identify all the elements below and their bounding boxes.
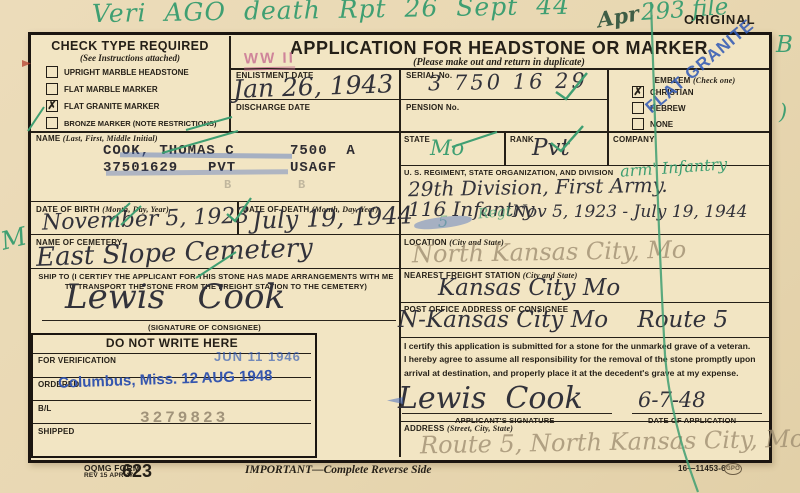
divider	[399, 302, 769, 303]
name-label: NAME (Last, First, Middle Initial)	[36, 134, 158, 143]
applicant-signature: Lewis Cook	[398, 384, 583, 414]
form-number: 623	[122, 461, 152, 482]
consignee-signature-label: (SIGNATURE OF CONSIGNEE)	[148, 323, 261, 332]
discharge-date-label: DISCHARGE DATE	[236, 103, 310, 112]
checkbox	[46, 66, 58, 78]
check-type-title: CHECK TYPE REQUIRED	[31, 39, 229, 53]
label-text: FOR VERIFICATION	[38, 356, 116, 365]
important-note: IMPORTANT—Complete Reverse Side	[245, 464, 432, 476]
date-of-death-value: July 19, 1944	[252, 203, 414, 233]
label-text: 16—11453-6	[678, 464, 726, 473]
margin-note-m: M	[0, 223, 29, 253]
state-label: STATE	[404, 135, 430, 144]
application-date-label: DATE OF APPLICATION	[648, 416, 736, 425]
divider	[399, 69, 401, 132]
branch-typed: USAGF	[290, 160, 337, 176]
rank-value: Pvt	[532, 137, 570, 160]
address-value: Route 5, North Kansas City, Mo	[420, 427, 800, 458]
label-hint: (Last, First, Middle Initial)	[63, 134, 158, 143]
pension-no-label: PENSION No.	[406, 103, 459, 112]
date-line	[632, 413, 762, 414]
handwritten-top-note: Veri AGO death Rpt 26 Sept 44	[92, 0, 570, 26]
signature-line	[42, 320, 396, 321]
checkbox	[632, 118, 644, 130]
label-text: COMPANY	[613, 135, 655, 144]
divider	[399, 337, 769, 338]
checkbox-mark: ✗	[47, 101, 56, 112]
form-title: APPLICATION FOR HEADSTONE OR MARKER	[230, 38, 768, 59]
label-text: DATE OF APPLICATION	[648, 416, 736, 425]
label-text: GPO	[726, 466, 740, 472]
option-label: FLAT MARBLE MARKER	[64, 85, 158, 94]
regiment-dates: Nov 5, 1923 - July 19, 1944	[512, 204, 747, 221]
rank-label: RANK	[510, 135, 534, 144]
do-not-write-title: DO NOT WRITE HERE	[31, 336, 313, 350]
label-text: RANK	[510, 135, 534, 144]
certification-text: I certify this application is submitted …	[404, 340, 766, 380]
company-label: COMPANY	[613, 135, 655, 144]
emblem-none: NONE	[632, 118, 673, 130]
option-label: BRONZE MARKER (NOTE RESTRICTIONS)	[64, 119, 217, 128]
certification-line1: I certify this application is submitted …	[404, 340, 766, 353]
option-label: UPRIGHT MARBLE HEADSTONE	[64, 68, 189, 77]
option-label: NONE	[650, 120, 673, 129]
enlistment-date-value: Jan 26, 1943	[233, 71, 394, 102]
option-flat-marble: FLAT MARBLE MARKER	[46, 83, 158, 95]
divider	[33, 400, 311, 401]
option-flat-granite: ✗ FLAT GRANITE MARKER	[46, 100, 159, 112]
gpo-mark: GPO	[724, 463, 742, 475]
label-text: SHIPPED	[38, 427, 75, 436]
label-text: PENSION No.	[406, 103, 459, 112]
margin-note-paren: )	[779, 102, 787, 123]
unit-number: 7500 A	[290, 143, 356, 159]
serial-no-value: 3 750 16 29	[428, 71, 588, 95]
ghost-letter: B	[298, 178, 306, 192]
state-value: Mo	[430, 138, 464, 159]
label-text: NAME	[36, 134, 60, 143]
check-type-subtitle: (See Instructions attached)	[31, 53, 229, 63]
ghost-letter: B	[224, 178, 232, 192]
handwritten-top-scribble: Apr	[595, 3, 640, 31]
label-text: B/L	[38, 404, 52, 413]
divider	[31, 131, 769, 133]
application-date-value: 6-7-48	[638, 390, 706, 411]
verification-date-stamp: JUN 11 1946	[214, 349, 301, 364]
bill-of-lading-stamp: 3279823	[140, 409, 228, 427]
divider	[504, 132, 506, 166]
label-text: (SIGNATURE OF CONSIGNEE)	[148, 323, 261, 332]
checkbox: ✗	[46, 100, 58, 112]
ww2-stamp: WW II	[244, 50, 295, 71]
for-verification-label: FOR VERIFICATION	[38, 356, 116, 365]
checkbox	[46, 83, 58, 95]
divider	[607, 132, 609, 166]
checkbox: ✗	[632, 86, 644, 98]
certification-line2: I hereby agree to assume all responsibil…	[404, 353, 766, 380]
divider	[31, 201, 400, 202]
margin-note-b: B	[776, 34, 793, 57]
checkbox-mark: ✗	[633, 87, 642, 98]
consignee-signature: Lewis Cook	[65, 280, 285, 314]
label-text: STATE	[404, 135, 430, 144]
freight-station-value: Kansas City Mo	[438, 277, 620, 300]
location-value: North Kansas City, Mo	[412, 238, 687, 267]
divider	[607, 69, 609, 132]
print-code: 16—11453-6	[678, 464, 726, 473]
bl-label: B/L	[38, 404, 52, 413]
divider	[31, 234, 769, 235]
option-upright-marble: UPRIGHT MARBLE HEADSTONE	[46, 66, 189, 78]
option-label: FLAT GRANITE MARKER	[64, 102, 159, 111]
scanned-headstone-application: Veri AGO death Rpt 26 Sept 44 Apr 293 fi…	[0, 0, 800, 493]
shipped-label: SHIPPED	[38, 427, 75, 436]
label-text: DISCHARGE DATE	[236, 103, 310, 112]
option-bronze: BRONZE MARKER (NOTE RESTRICTIONS)	[46, 117, 217, 129]
consignee-address-value: N-Kansas City Mo Route 5	[398, 309, 728, 332]
checkbox	[46, 117, 58, 129]
regt-annotation: Regt	[477, 205, 512, 222]
